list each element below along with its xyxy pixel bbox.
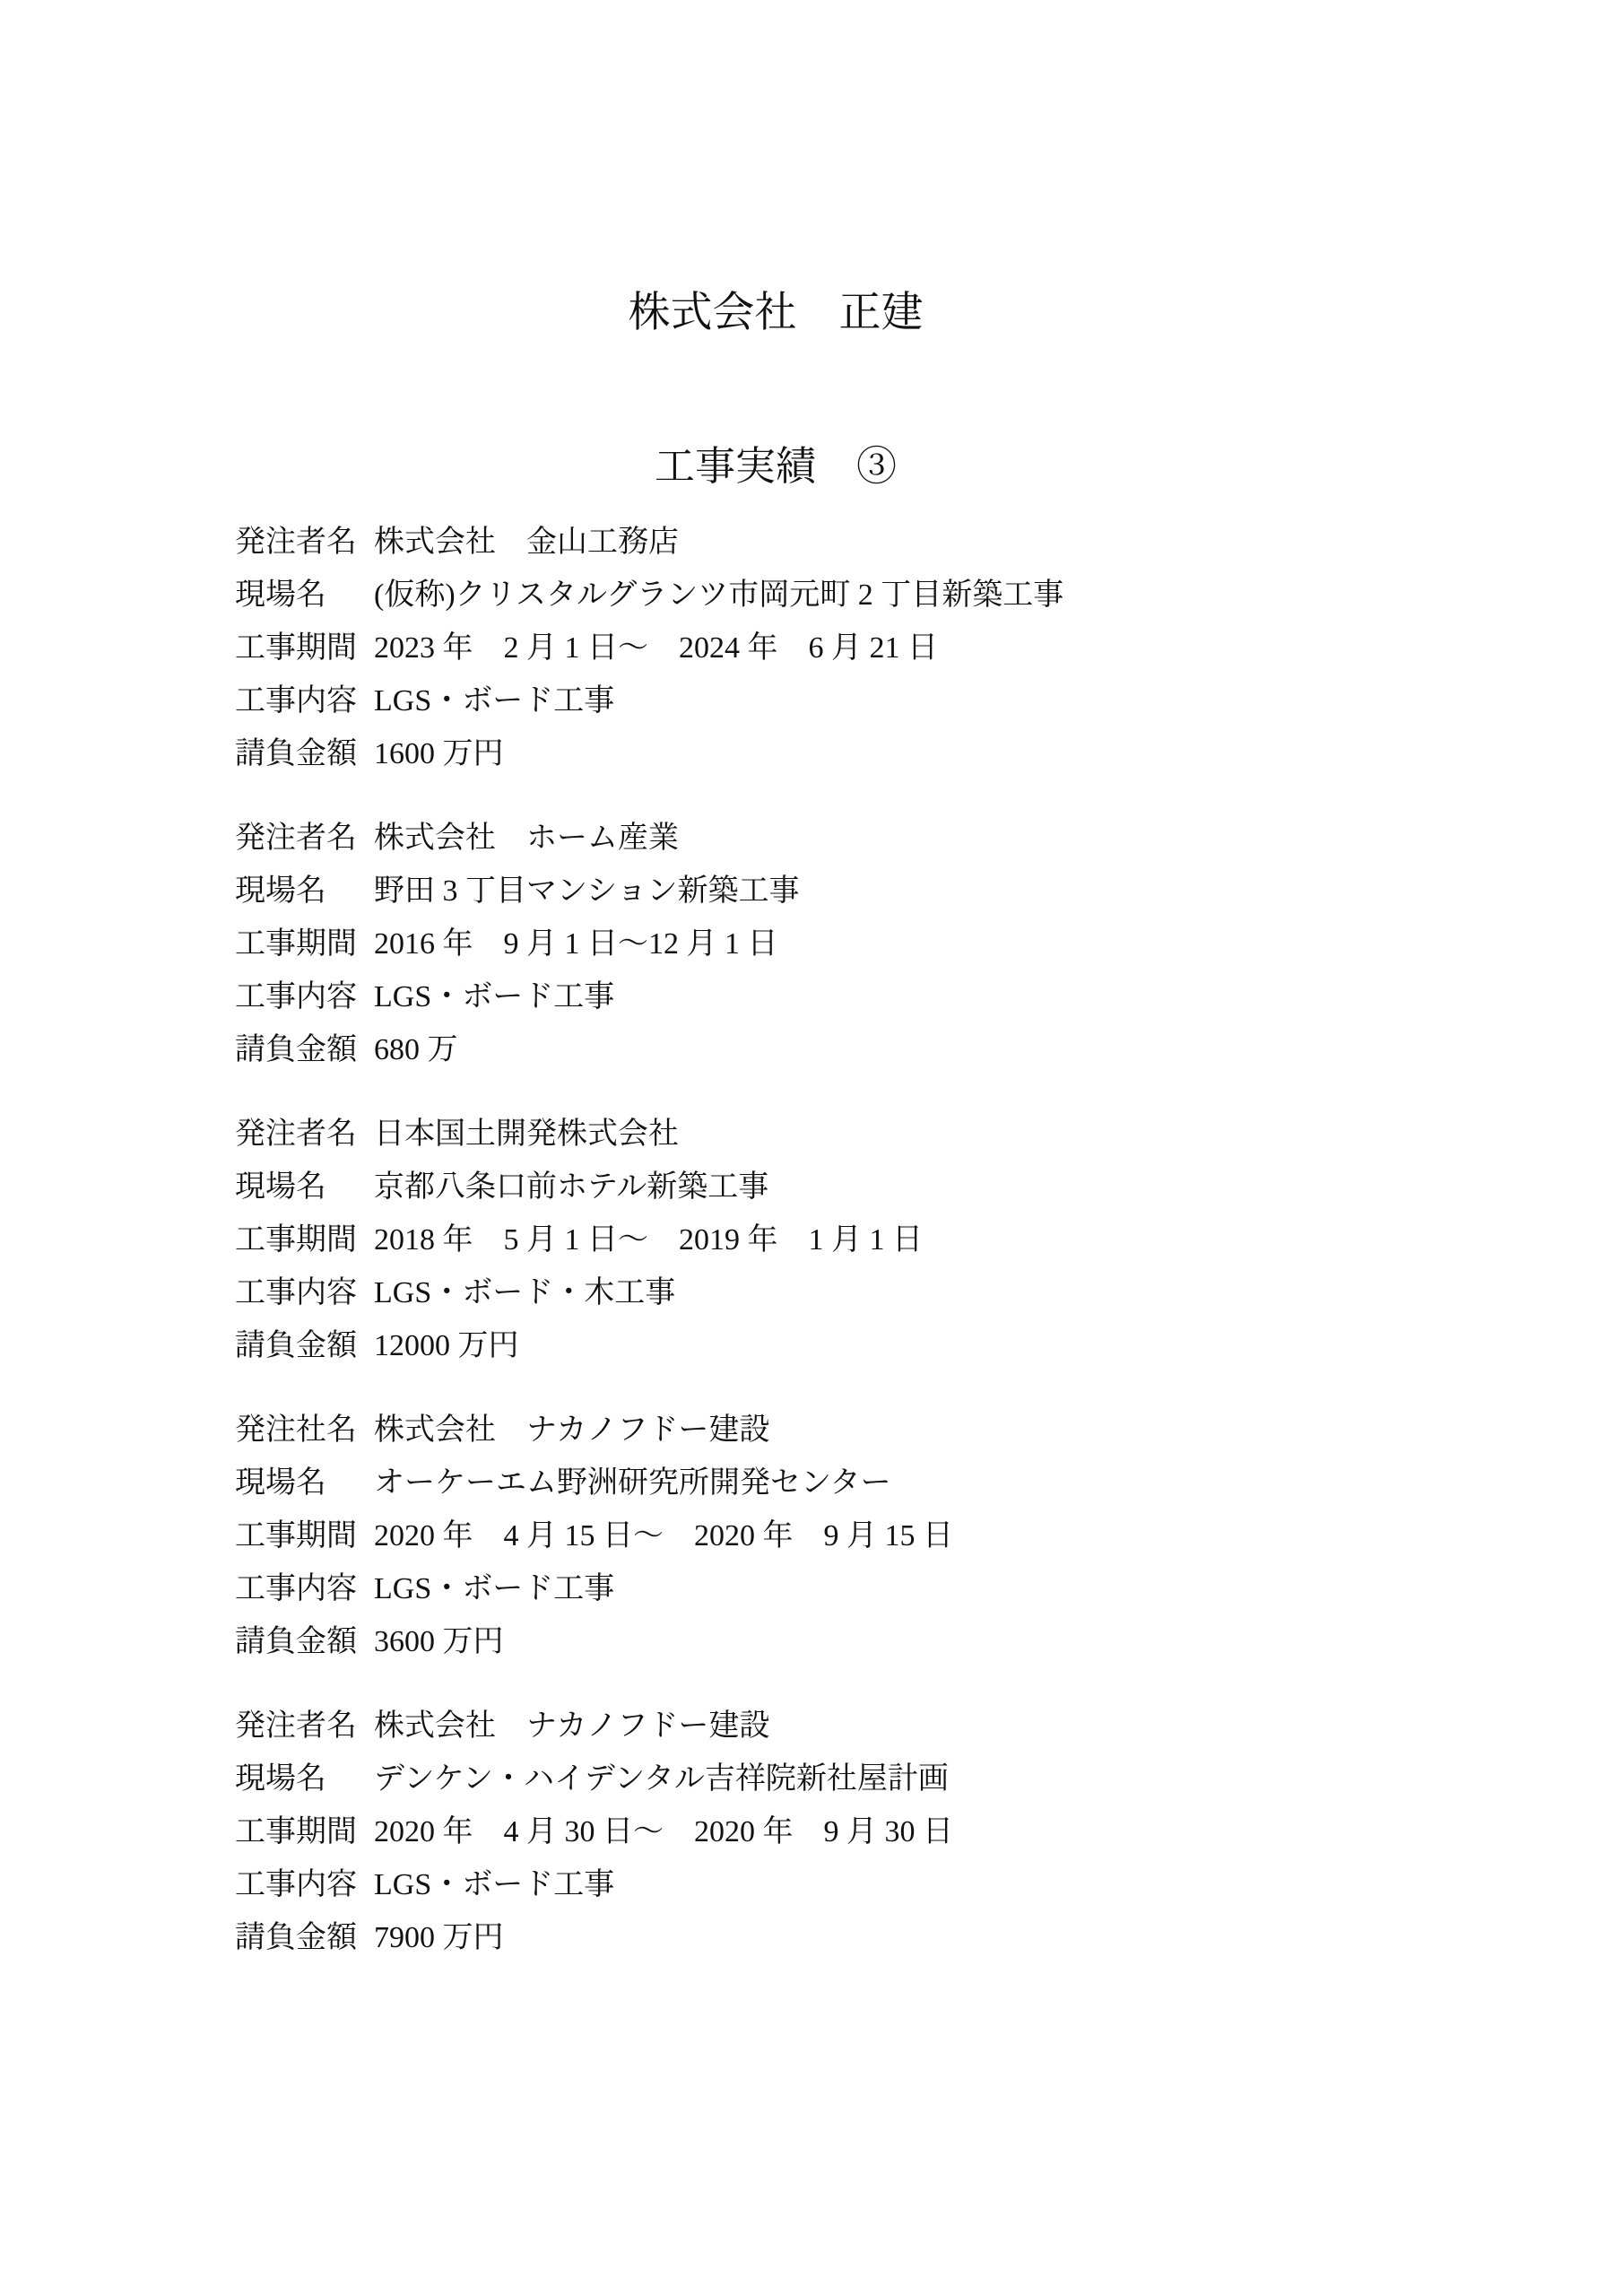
field-value: LGS・ボード・木工事 [374, 1266, 1569, 1319]
record-row: 工事内容 LGS・ボード工事 [235, 970, 1569, 1023]
field-label: 現場名 [235, 865, 374, 918]
field-label: 現場名 [235, 1161, 374, 1213]
field-label: 現場名 [235, 1752, 374, 1805]
field-label: 工事内容 [235, 674, 374, 727]
field-label: 現場名 [235, 1457, 374, 1509]
record-row: 工事内容 LGS・ボード・木工事 [235, 1266, 1569, 1319]
record-row: 請負金額 7900 万円 [235, 1911, 1569, 1964]
field-value: 株式会社 金山工務店 [374, 516, 1569, 569]
field-label: 発注者名 [235, 1700, 374, 1752]
field-label: 発注者名 [235, 812, 374, 865]
records-list: 発注者名 株式会社 金山工務店 現場名 (仮称)クリスタルグランツ市岡元町 2 … [235, 516, 1569, 1996]
field-value: LGS・ボード工事 [374, 674, 1569, 727]
project-record: 発注者名 株式会社 ホーム産業 現場名 野田 3 丁目マンション新築工事 工事期… [235, 812, 1569, 1076]
record-row: 発注者名 株式会社 ホーム産業 [235, 812, 1569, 865]
field-value: 日本国土開発株式会社 [374, 1108, 1569, 1161]
field-label: 請負金額 [235, 727, 374, 780]
record-row: 現場名 京都八条口前ホテル新築工事 [235, 1161, 1569, 1213]
field-value: オーケーエム野洲研究所開発センター [374, 1457, 1569, 1509]
record-row: 工事内容 LGS・ボード工事 [235, 1858, 1569, 1911]
field-label: 工事期間 [235, 1509, 374, 1562]
field-value: デンケン・ハイデンタル吉祥院新社屋計画 [374, 1752, 1569, 1805]
project-record: 発注者名 日本国土開発株式会社 現場名 京都八条口前ホテル新築工事 工事期間 2… [235, 1108, 1569, 1372]
field-label: 工事期間 [235, 1213, 374, 1266]
field-value: 2018 年 5 月 1 日～ 2019 年 1 月 1 日 [374, 1213, 1569, 1266]
field-value: 3600 万円 [374, 1615, 1569, 1668]
record-row: 請負金額 680 万 [235, 1023, 1569, 1076]
document-page: 株式会社 正建 工事実績 ③ 発注者名 株式会社 金山工務店 現場名 (仮称)ク… [0, 0, 1623, 2296]
record-row: 現場名 (仮称)クリスタルグランツ市岡元町 2 丁目新築工事 [235, 569, 1569, 622]
record-row: 発注社名 株式会社 ナカノフドー建設 [235, 1404, 1569, 1457]
record-row: 工事期間 2020 年 4 月 30 日～ 2020 年 9 月 30 日 [235, 1805, 1569, 1858]
record-row: 請負金額 1600 万円 [235, 727, 1569, 780]
record-row: 工事期間 2020 年 4 月 15 日～ 2020 年 9 月 15 日 [235, 1509, 1569, 1562]
field-value: (仮称)クリスタルグランツ市岡元町 2 丁目新築工事 [374, 569, 1569, 622]
field-value: 7900 万円 [374, 1911, 1569, 1964]
record-row: 請負金額 12000 万円 [235, 1319, 1569, 1372]
field-label: 現場名 [235, 569, 374, 622]
field-value: 2020 年 4 月 30 日～ 2020 年 9 月 30 日 [374, 1805, 1569, 1858]
field-value: LGS・ボード工事 [374, 1858, 1569, 1911]
field-value: 2020 年 4 月 15 日～ 2020 年 9 月 15 日 [374, 1509, 1569, 1562]
field-value: 680 万 [374, 1023, 1569, 1076]
company-title: 株式会社 正建 [0, 292, 1551, 335]
field-value: 2023 年 2 月 1 日～ 2024 年 6 月 21 日 [374, 622, 1569, 674]
record-row: 工事内容 LGS・ボード工事 [235, 1562, 1569, 1615]
field-value: LGS・ボード工事 [374, 1562, 1569, 1615]
field-value: 株式会社 ホーム産業 [374, 812, 1569, 865]
record-row: 現場名 野田 3 丁目マンション新築工事 [235, 865, 1569, 918]
field-value: LGS・ボード工事 [374, 970, 1569, 1023]
project-record: 発注者名 株式会社 ナカノフドー建設 現場名 デンケン・ハイデンタル吉祥院新社屋… [235, 1700, 1569, 1964]
field-value: 1600 万円 [374, 727, 1569, 780]
record-row: 工事期間 2018 年 5 月 1 日～ 2019 年 1 月 1 日 [235, 1213, 1569, 1266]
record-row: 現場名 オーケーエム野洲研究所開発センター [235, 1457, 1569, 1509]
project-record: 発注者名 株式会社 金山工務店 現場名 (仮称)クリスタルグランツ市岡元町 2 … [235, 516, 1569, 780]
record-row: 工事期間 2023 年 2 月 1 日～ 2024 年 6 月 21 日 [235, 622, 1569, 674]
document-title: 工事実績 ③ [0, 447, 1551, 487]
field-value: 株式会社 ナカノフドー建設 [374, 1700, 1569, 1752]
field-value: 12000 万円 [374, 1319, 1569, 1372]
field-label: 請負金額 [235, 1023, 374, 1076]
field-label: 工事内容 [235, 970, 374, 1023]
field-label: 発注社名 [235, 1404, 374, 1457]
field-label: 請負金額 [235, 1911, 374, 1964]
field-value: 2016 年 9 月 1 日～12 月 1 日 [374, 918, 1569, 970]
record-row: 発注者名 日本国土開発株式会社 [235, 1108, 1569, 1161]
field-label: 工事内容 [235, 1858, 374, 1911]
field-value: 野田 3 丁目マンション新築工事 [374, 865, 1569, 918]
record-row: 現場名 デンケン・ハイデンタル吉祥院新社屋計画 [235, 1752, 1569, 1805]
field-label: 工事期間 [235, 622, 374, 674]
record-row: 発注者名 株式会社 ナカノフドー建設 [235, 1700, 1569, 1752]
field-value: 株式会社 ナカノフドー建設 [374, 1404, 1569, 1457]
field-label: 工事内容 [235, 1266, 374, 1319]
field-value: 京都八条口前ホテル新築工事 [374, 1161, 1569, 1213]
field-label: 工事期間 [235, 918, 374, 970]
project-record: 発注社名 株式会社 ナカノフドー建設 現場名 オーケーエム野洲研究所開発センター… [235, 1404, 1569, 1668]
field-label: 工事期間 [235, 1805, 374, 1858]
field-label: 請負金額 [235, 1319, 374, 1372]
field-label: 発注者名 [235, 516, 374, 569]
record-row: 工事期間 2016 年 9 月 1 日～12 月 1 日 [235, 918, 1569, 970]
field-label: 工事内容 [235, 1562, 374, 1615]
record-row: 請負金額 3600 万円 [235, 1615, 1569, 1668]
field-label: 発注者名 [235, 1108, 374, 1161]
field-label: 請負金額 [235, 1615, 374, 1668]
record-row: 工事内容 LGS・ボード工事 [235, 674, 1569, 727]
record-row: 発注者名 株式会社 金山工務店 [235, 516, 1569, 569]
